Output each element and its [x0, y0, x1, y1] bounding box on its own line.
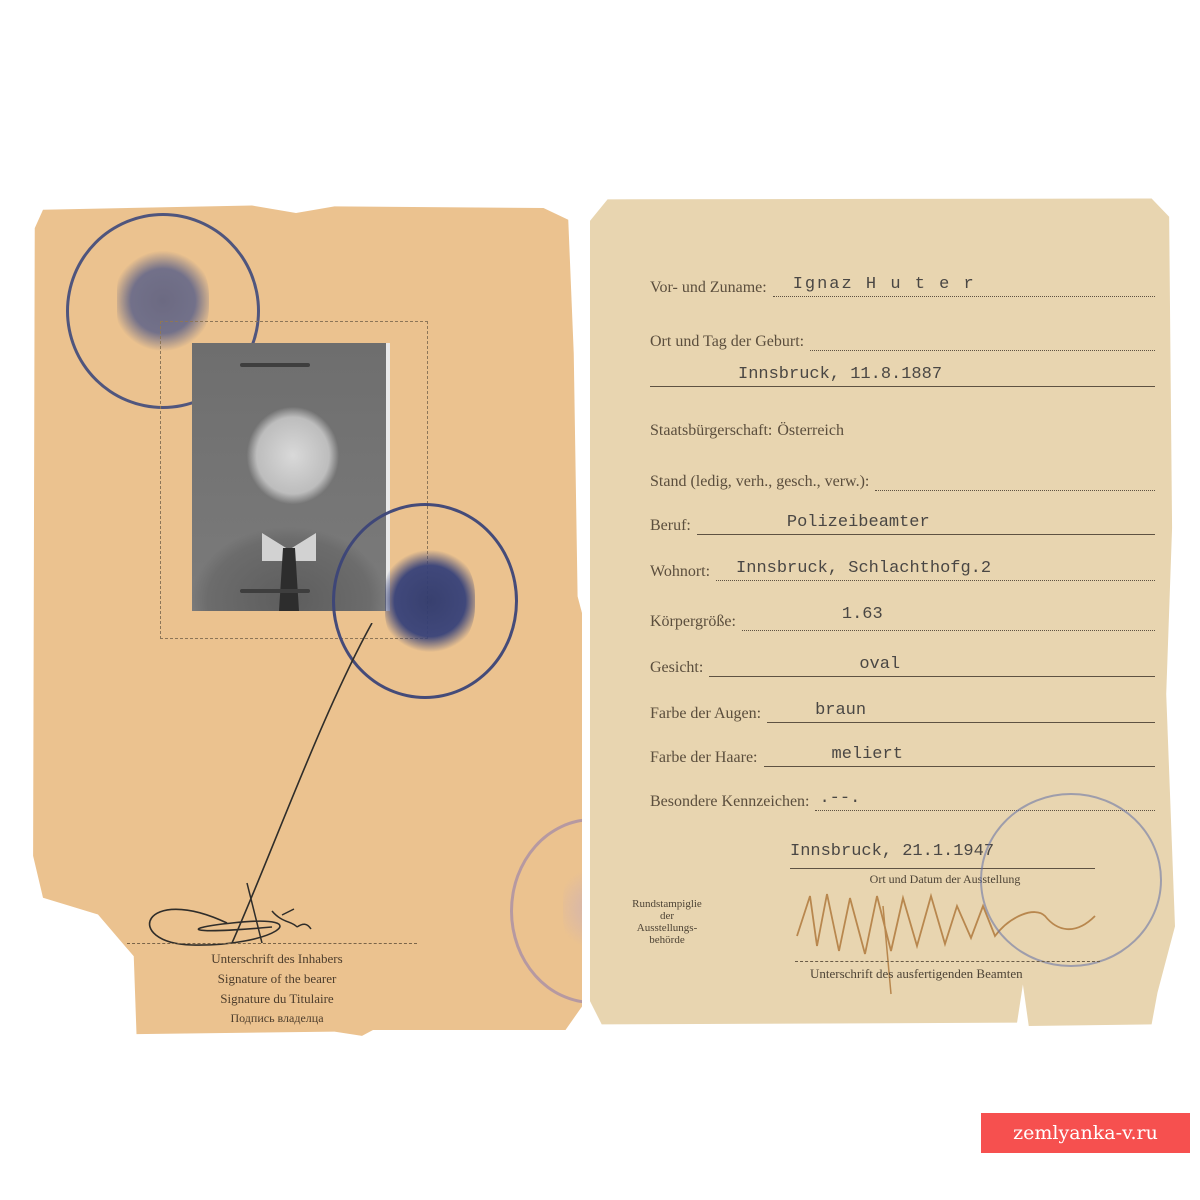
- id-card-right-page: Vor- und Zuname: Ignaz H u t e r Ort und…: [590, 196, 1175, 1026]
- field-value-residence: Innsbruck, Schlachthofg.2: [736, 559, 991, 578]
- field-face: Gesicht: oval: [650, 654, 1155, 677]
- field-value-height: 1.63: [842, 605, 883, 624]
- field-hair-color: Farbe der Haare: meliert: [650, 744, 1155, 767]
- field-name: Vor- und Zuname: Ignaz H u t e r: [650, 274, 1155, 297]
- field-height: Körpergröße: 1.63: [650, 608, 1155, 631]
- field-label: Besondere Kennzeichen:: [650, 793, 809, 811]
- field-value-face: oval: [859, 655, 900, 674]
- field-label: Gesicht:: [650, 659, 703, 677]
- issue-place-date: Innsbruck, 21.1.1947: [790, 842, 994, 861]
- field-label: Vor- und Zuname:: [650, 279, 767, 297]
- field-residence: Wohnort: Innsbruck, Schlachthofg.2: [650, 558, 1155, 581]
- id-card-left-page: Bundespolizeidirektion Innsbruck Untersc…: [32, 203, 582, 1040]
- field-value-birth: Innsbruck, 11.8.1887: [738, 365, 942, 384]
- field-value-special-marks: .--.: [819, 789, 860, 808]
- field-label: Ort und Tag der Geburt:: [650, 333, 804, 351]
- field-value-profession: Polizeibeamter: [787, 513, 930, 532]
- field-label: Stand (ledig, verh., gesch., verw.):: [650, 473, 869, 491]
- caption-de: Unterschrift des Inhabers: [132, 951, 422, 967]
- field-label: Farbe der Haare:: [650, 749, 758, 767]
- field-profession: Beruf: Polizeibeamter: [650, 512, 1155, 535]
- field-citizenship: Staatsbürgerschaft: Österreich: [650, 422, 1155, 440]
- field-value-name: Ignaz H u t e r: [793, 275, 976, 294]
- field-eye-color: Farbe der Augen: braun: [650, 700, 1155, 723]
- stamp-caption-line: der: [622, 910, 712, 922]
- police-stamp-issuer: [980, 793, 1162, 967]
- stamp-caption: Rundstampiglie der Ausstellungs- behörde: [622, 898, 712, 946]
- staple-icon: [240, 363, 310, 367]
- staple-icon: [240, 589, 310, 593]
- caption-fr: Signature du Titulaire: [132, 991, 422, 1007]
- watermark-label: zemlyanka-v.ru: [981, 1113, 1190, 1153]
- stamp-caption-line: Rundstampiglie: [622, 898, 712, 910]
- field-value-citizenship: Österreich: [777, 422, 844, 440]
- bearer-signature: [122, 623, 452, 953]
- field-birth-value: Innsbruck, 11.8.1887: [650, 364, 1155, 387]
- field-label: Beruf:: [650, 517, 691, 535]
- field-label: Farbe der Augen:: [650, 705, 761, 723]
- field-label: Körpergröße:: [650, 613, 736, 631]
- field-value-hair-color: meliert: [832, 745, 903, 764]
- stamp-caption-line: Ausstellungs-: [622, 922, 712, 934]
- caption-ru: Подпись владелца: [132, 1011, 422, 1026]
- field-status: Stand (ledig, verh., gesch., verw.):: [650, 468, 1155, 491]
- field-value-eye-color: braun: [815, 701, 866, 720]
- field-label: Wohnort:: [650, 563, 710, 581]
- issuer-line: [795, 961, 1100, 962]
- issuer-signature-caption: Unterschrift des ausfertigenden Beamten: [810, 966, 1110, 982]
- signature-line: [127, 943, 417, 944]
- stamp-caption-line: behörde: [622, 934, 712, 946]
- field-birth: Ort und Tag der Geburt:: [650, 328, 1155, 351]
- caption-en: Signature of the bearer: [132, 971, 422, 987]
- field-label: Staatsbürgerschaft:: [650, 422, 772, 440]
